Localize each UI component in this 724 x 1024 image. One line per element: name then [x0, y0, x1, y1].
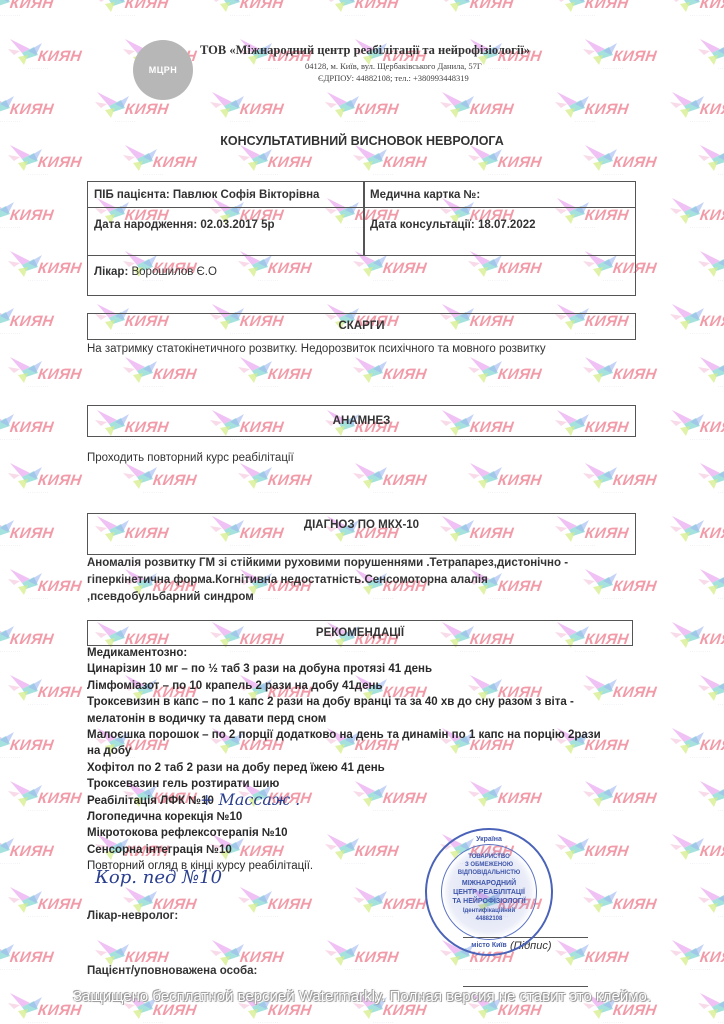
rec-item: Реабілітація ЛФК №10 [87, 793, 632, 809]
organization-address: 04128, м. Київ, вул. Щербаківського Дани… [305, 61, 482, 71]
birth-date: Дата народження: 02.03.2017 5р [94, 219, 275, 231]
document-title: КОНСУЛЬТАТИВНИЙ ВИСНОВОК НЕВРОЛОГА [0, 134, 724, 148]
patient-info-table: ПІБ пацієнта: Павлюк Софія Вікторівна Ме… [87, 181, 636, 296]
medical-card-number: Медична картка №: [370, 189, 480, 201]
anamnesis-text: Проходить повторний курс реабілітації [87, 449, 294, 468]
rec-item: мелатонін в водичку та давати перд сном [87, 711, 632, 727]
anamnesis-heading: АНАМНЕЗ [87, 405, 636, 437]
watermarkly-notice: Защищено бесплатной версией Watermarkly.… [0, 988, 724, 1005]
rec-item: Троксевазин гель розтирати шию [87, 776, 632, 792]
rec-item: Малоєшка порошок – по 2 порції додатково… [87, 727, 632, 743]
rec-item: Хофітол по 2 таб 2 рази на добу перед їж… [87, 760, 632, 776]
clinic-stamp: Україна ТОВАРИСТВО З ОБМЕЖЕНОЮ ВІДПОВІДА… [425, 828, 553, 956]
recommendations-heading: РЕКОМЕНДАЦІЇ [87, 620, 633, 646]
patient-signature-line [463, 986, 588, 987]
patient-name: ПІБ пацієнта: Павлюк Софія Вікторівна [94, 189, 319, 201]
rec-item: Лімфоміазот – по 10 крапель 2 рази на до… [87, 678, 632, 694]
diagnosis-heading: ДІАГНОЗ ПО МКХ-10 [87, 513, 636, 555]
consultation-date: Дата консультації: 18.07.2022 [370, 219, 536, 231]
patient-signature-label: Пацієнт/уповноважена особа: [87, 965, 257, 977]
rec-item: Троксевизин в капс – по 1 капс 2 рази на… [87, 694, 632, 710]
rec-item: на добу [87, 743, 632, 759]
complaints-text: На затримку статокінетичного розвитку. Н… [87, 340, 546, 359]
clinic-logo: МЦРН [133, 40, 193, 100]
organization-registration: ЄДРПОУ: 44882108; тел.: +380993448319 [318, 73, 469, 83]
handwritten-correction-note: Кор. пед №10 [95, 867, 222, 888]
doctor-signature-label: Лікар-невролог: [87, 910, 178, 922]
organization-name: ТОВ «Міжнародний центр реабілітації та н… [200, 43, 530, 58]
handwritten-massage-note: + Массаж . [200, 790, 300, 809]
diagnosis-text: Аномалія розвитку ГМ зі стійкими руховим… [87, 555, 568, 606]
rec-item: Логопедична корекція №10 [87, 809, 632, 825]
rec-item: Цинарізин 10 мг – по ½ таб 3 рази на доб… [87, 661, 632, 677]
complaints-heading: СКАРГИ [87, 313, 636, 340]
doctor-name: Лікар: Ворошилов Є.О [94, 266, 217, 278]
